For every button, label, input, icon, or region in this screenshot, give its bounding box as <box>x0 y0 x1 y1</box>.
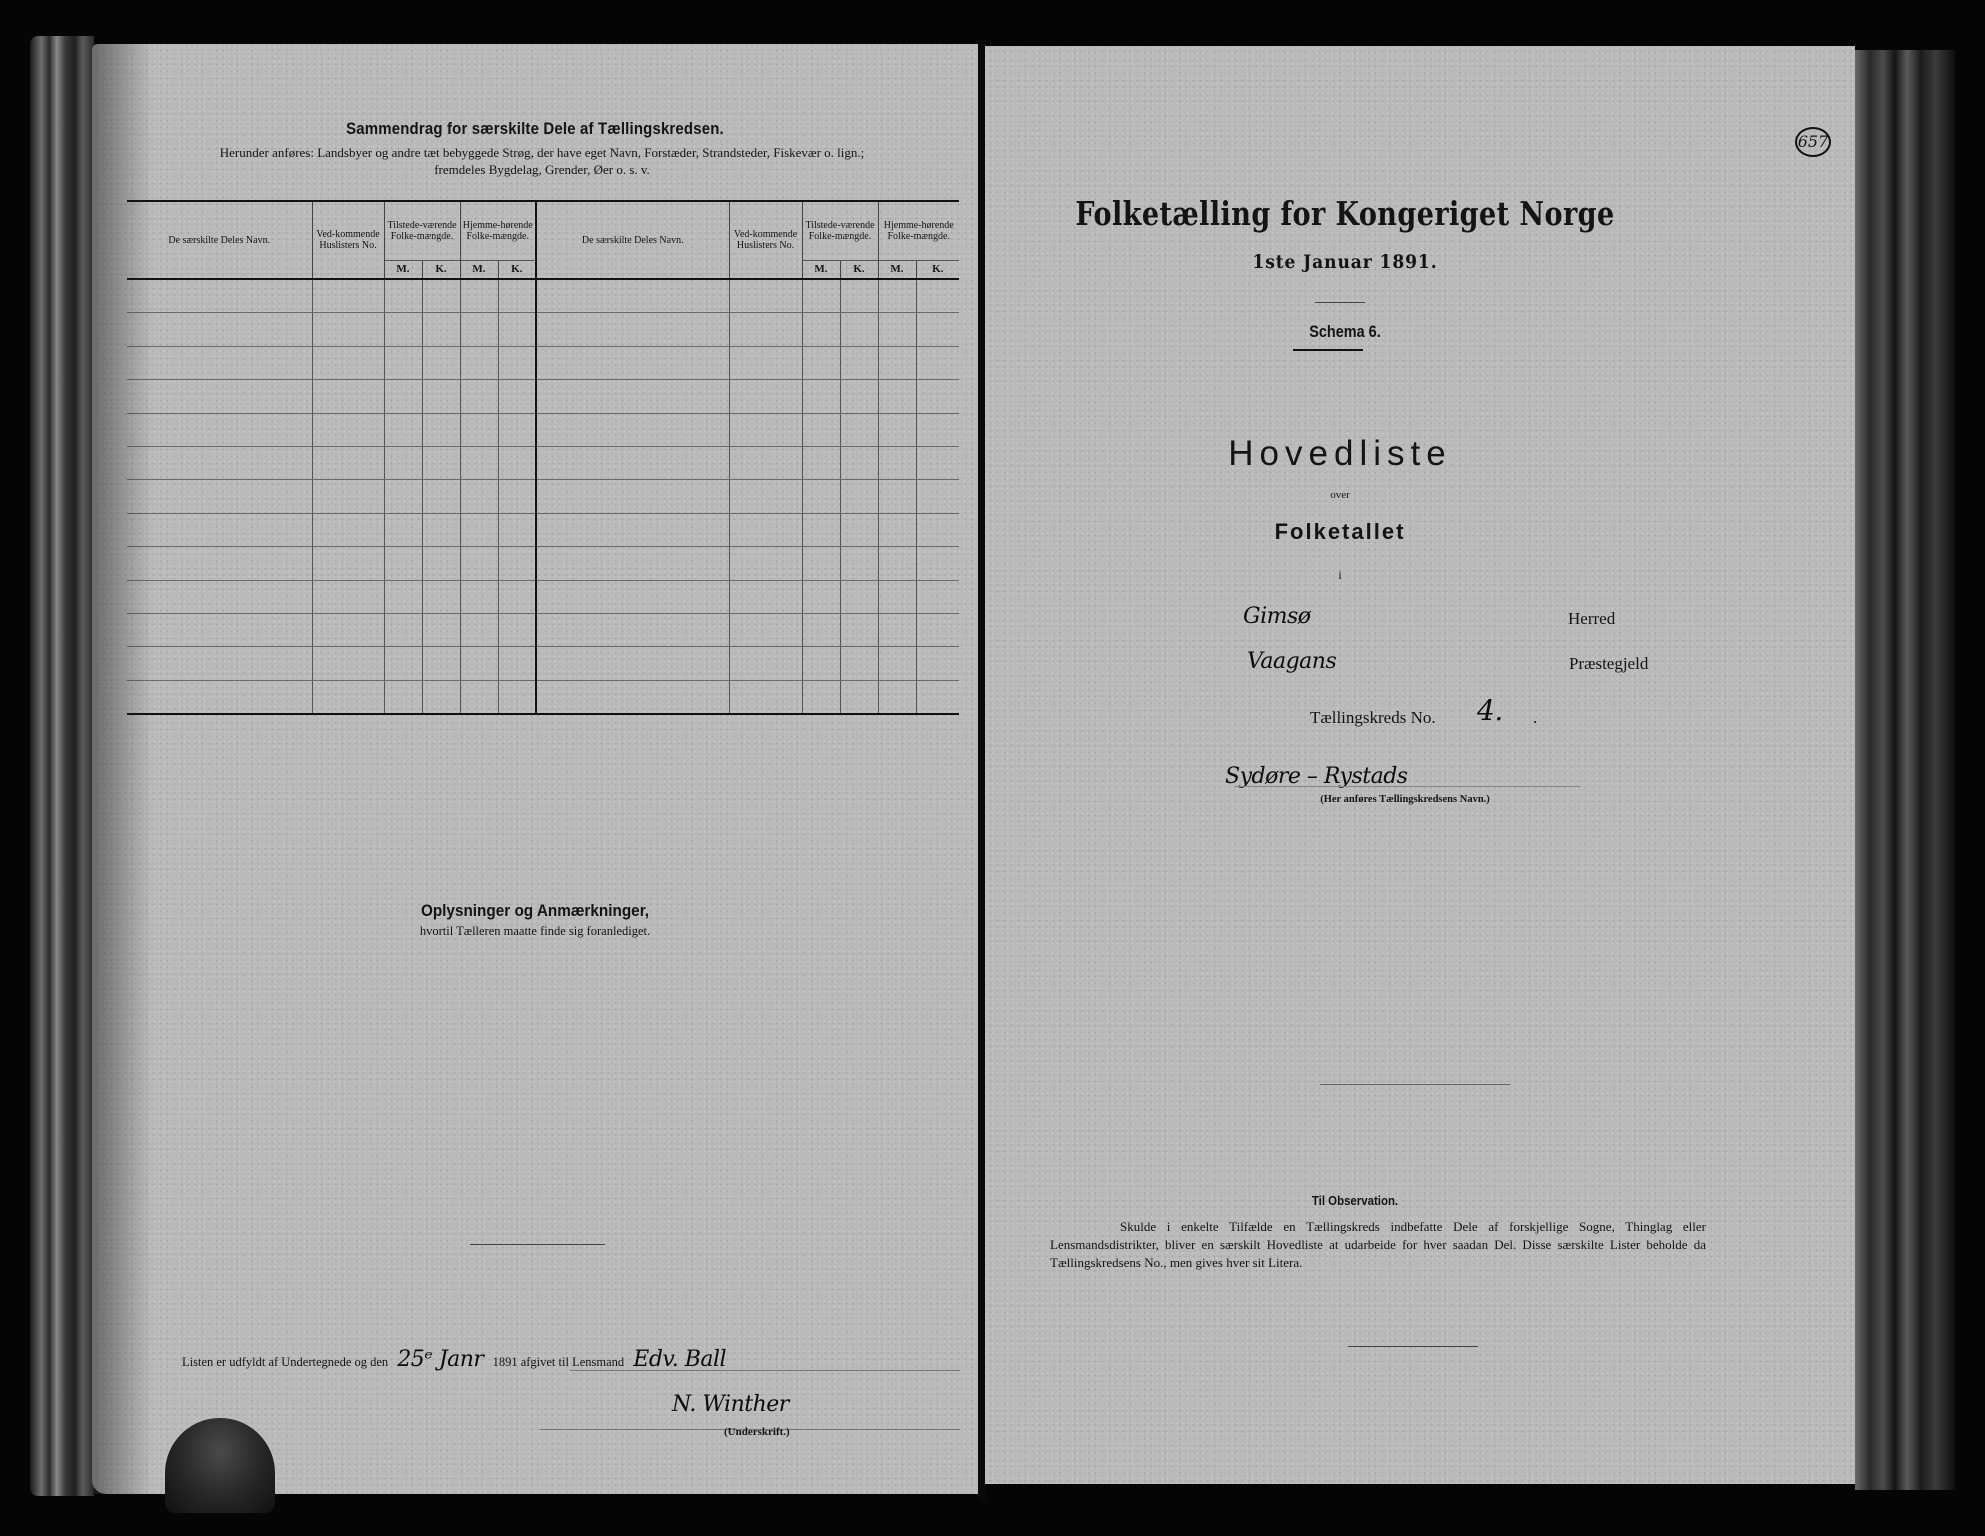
table-cell <box>729 547 802 580</box>
table-cell <box>536 513 729 546</box>
table-cell <box>878 647 916 680</box>
table-cell <box>384 480 422 513</box>
table-cell <box>460 313 498 346</box>
table-cell <box>384 313 422 346</box>
col-header-tilstede-2: Tilstede-værende Folke-mængde. <box>802 201 878 261</box>
table-cell <box>878 313 916 346</box>
table-cell <box>384 413 422 446</box>
table-cell <box>729 413 802 446</box>
table-cell <box>802 647 840 680</box>
table-cell <box>840 547 878 580</box>
table-cell <box>312 647 384 680</box>
book-edge-right <box>1855 50 1955 1490</box>
table-cell <box>536 279 729 313</box>
table-row <box>127 446 959 479</box>
table-cell <box>536 346 729 379</box>
table-cell <box>498 446 536 479</box>
summary-table-body <box>127 279 959 714</box>
table-cell <box>498 279 536 313</box>
table-cell <box>536 446 729 479</box>
table-row <box>127 513 959 546</box>
handwritten-date: 25ᵉ Janr <box>397 1347 483 1372</box>
subheader-m: M. <box>878 261 916 280</box>
table-cell <box>840 513 878 546</box>
table-row <box>127 480 959 513</box>
table-cell <box>536 680 729 714</box>
table-cell <box>916 547 959 580</box>
table-cell <box>384 380 422 413</box>
kreds-name-caption: (Her anføres Tællingskredsens Navn.) <box>1230 794 1580 805</box>
signature-label: (Underskrift.) <box>724 1426 790 1438</box>
kreds-name-rule <box>1235 786 1580 787</box>
page-shadow <box>92 44 152 1494</box>
table-cell <box>498 647 536 680</box>
table-cell <box>840 413 878 446</box>
table-cell <box>840 346 878 379</box>
observation-text: Skulde i enkelte Tilfælde en Tællingskre… <box>1050 1218 1706 1272</box>
table-cell <box>729 480 802 513</box>
table-cell <box>460 513 498 546</box>
table-cell <box>127 446 312 479</box>
table-cell <box>729 446 802 479</box>
signature-prefix: Listen er udfyldt af Undertegnede og den <box>182 1355 388 1369</box>
table-cell <box>916 513 959 546</box>
table-cell <box>878 413 916 446</box>
table-cell <box>312 480 384 513</box>
handwritten-signature: N. Winther <box>672 1392 789 1417</box>
table-cell <box>384 647 422 680</box>
table-cell <box>802 413 840 446</box>
table-cell <box>802 313 840 346</box>
table-cell <box>460 613 498 646</box>
table-cell <box>729 380 802 413</box>
table-cell <box>498 613 536 646</box>
table-cell <box>384 580 422 613</box>
table-cell <box>916 380 959 413</box>
table-cell <box>498 380 536 413</box>
table-cell <box>916 480 959 513</box>
table-cell <box>729 346 802 379</box>
handwritten-kreds-number: 4. <box>1477 694 1503 727</box>
table-cell <box>536 413 729 446</box>
handwritten-prestegjeld: Vaagans <box>1247 649 1336 674</box>
table-cell <box>384 680 422 714</box>
table-cell <box>916 580 959 613</box>
table-cell <box>878 580 916 613</box>
table-cell <box>916 647 959 680</box>
notes-subtitle: hvortil Tælleren maatte finde sig foranl… <box>92 924 978 939</box>
table-cell <box>802 613 840 646</box>
table-cell <box>878 480 916 513</box>
table-cell <box>878 346 916 379</box>
table-cell <box>312 446 384 479</box>
table-cell <box>729 513 802 546</box>
table-cell <box>802 380 840 413</box>
table-cell <box>312 279 384 313</box>
right-page: 657 Folketælling for Kongeriget Norge 1s… <box>985 46 1855 1484</box>
main-heading: Hovedliste <box>985 434 1695 474</box>
table-cell <box>878 380 916 413</box>
table-cell <box>460 480 498 513</box>
table-cell <box>498 547 536 580</box>
table-row <box>127 413 959 446</box>
table-cell <box>916 446 959 479</box>
table-cell <box>422 380 460 413</box>
table-cell <box>127 547 312 580</box>
table-row <box>127 313 959 346</box>
table-row <box>127 346 959 379</box>
table-cell <box>498 413 536 446</box>
table-row <box>127 580 959 613</box>
table-cell <box>802 580 840 613</box>
table-cell <box>460 680 498 714</box>
table-cell <box>729 580 802 613</box>
table-cell <box>840 680 878 714</box>
table-cell <box>878 513 916 546</box>
table-row <box>127 380 959 413</box>
subheader-k: K. <box>840 261 878 280</box>
col-header-name-2: De særskilte Deles Navn. <box>536 201 729 279</box>
table-cell <box>498 313 536 346</box>
table-cell <box>422 446 460 479</box>
signature-line: Listen er udfyldt af Undertegnede og den… <box>182 1347 732 1372</box>
left-page: Sammendrag for særskilte Dele af Tælling… <box>92 44 978 1494</box>
kreds-dot: . <box>1533 708 1537 728</box>
table-cell <box>127 680 312 714</box>
table-cell <box>802 480 840 513</box>
table-cell <box>498 513 536 546</box>
subheader-k: K. <box>498 261 536 280</box>
table-cell <box>422 413 460 446</box>
summary-subtitle-line1: Herunder anføres: Landsbyer og andre tæt… <box>112 144 972 161</box>
section-divider <box>1320 1084 1510 1085</box>
observation-body: Skulde i enkelte Tilfælde en Tællingskre… <box>1050 1219 1706 1270</box>
table-cell <box>536 580 729 613</box>
table-cell <box>127 613 312 646</box>
book-edge-left <box>30 36 94 1496</box>
col-header-huslister-2: Ved-kommende Huslisters No. <box>729 201 802 279</box>
census-date: 1ste Januar 1891. <box>1021 251 1669 273</box>
table-cell <box>384 346 422 379</box>
table-cell <box>729 279 802 313</box>
table-cell <box>422 313 460 346</box>
subheader-k: K. <box>422 261 460 280</box>
table-cell <box>536 480 729 513</box>
table-cell <box>312 380 384 413</box>
table-cell <box>460 380 498 413</box>
table-cell <box>312 547 384 580</box>
table-cell <box>127 513 312 546</box>
table-cell <box>878 547 916 580</box>
summary-table-wrap: De særskilte Deles Navn. Ved-kommende Hu… <box>127 200 959 715</box>
subheader-m: M. <box>802 261 840 280</box>
summary-subtitle-line2: fremdeles Bygdelag, Grender, Øer o. s. v… <box>112 161 972 178</box>
table-cell <box>878 446 916 479</box>
page-number-stamp: 657 <box>1795 127 1831 157</box>
kreds-label: Tællingskreds No. <box>1310 708 1436 728</box>
table-cell <box>536 380 729 413</box>
table-cell <box>916 613 959 646</box>
col-header-name-1: De særskilte Deles Navn. <box>127 201 312 279</box>
table-cell <box>840 580 878 613</box>
folketallet-label: Folketallet <box>985 519 1695 545</box>
table-cell <box>460 647 498 680</box>
table-cell <box>384 513 422 546</box>
table-cell <box>916 313 959 346</box>
table-cell <box>840 647 878 680</box>
schema-underline <box>1293 349 1363 351</box>
notes-title: Oplysninger og Anmærkninger, <box>136 901 933 921</box>
table-row <box>127 647 959 680</box>
table-cell <box>802 680 840 714</box>
handwritten-lensmand: Edv. Ball <box>633 1347 726 1372</box>
table-cell <box>422 346 460 379</box>
table-cell <box>422 680 460 714</box>
census-title: Folketælling for Kongeriget Norge <box>1050 194 1640 233</box>
table-cell <box>127 413 312 446</box>
table-cell <box>460 346 498 379</box>
table-cell <box>802 279 840 313</box>
table-cell <box>729 647 802 680</box>
table-cell <box>422 580 460 613</box>
table-cell <box>802 346 840 379</box>
table-cell <box>312 613 384 646</box>
table-cell <box>460 547 498 580</box>
table-cell <box>312 680 384 714</box>
col-header-hjemme-2: Hjemme-hørende Folke-mængde. <box>878 201 959 261</box>
table-cell <box>498 580 536 613</box>
signature-year-text: 1891 afgivet til Lensmand <box>493 1355 625 1369</box>
table-cell <box>878 279 916 313</box>
table-cell <box>422 279 460 313</box>
table-cell <box>460 580 498 613</box>
table-cell <box>127 313 312 346</box>
table-cell <box>840 613 878 646</box>
observation-title: Til Observation. <box>1029 1193 1680 1208</box>
table-cell <box>536 313 729 346</box>
table-cell <box>384 279 422 313</box>
table-cell <box>536 547 729 580</box>
table-cell <box>127 380 312 413</box>
table-cell <box>127 580 312 613</box>
handwritten-herred: Gimsø <box>1243 604 1311 629</box>
over-label: over <box>985 489 1695 501</box>
herred-label: Herred <box>1568 609 1615 629</box>
table-cell <box>840 380 878 413</box>
table-cell <box>498 480 536 513</box>
table-cell <box>422 613 460 646</box>
prestegjeld-label: Præstegjeld <box>1569 654 1648 674</box>
table-cell <box>802 513 840 546</box>
table-cell <box>840 313 878 346</box>
subheader-m: M. <box>460 261 498 280</box>
table-cell <box>729 613 802 646</box>
table-cell <box>422 647 460 680</box>
table-cell <box>127 279 312 313</box>
table-row <box>127 680 959 714</box>
table-cell <box>840 446 878 479</box>
col-header-huslister-1: Ved-kommende Huslisters No. <box>312 201 384 279</box>
table-cell <box>729 313 802 346</box>
table-cell <box>422 480 460 513</box>
table-cell <box>802 446 840 479</box>
table-cell <box>384 446 422 479</box>
table-cell <box>840 480 878 513</box>
table-cell <box>384 547 422 580</box>
table-cell <box>916 279 959 313</box>
table-cell <box>312 346 384 379</box>
summary-subtitle: Herunder anføres: Landsbyer og andre tæt… <box>112 144 972 178</box>
title-divider <box>1315 302 1365 303</box>
table-cell <box>878 613 916 646</box>
table-cell <box>384 613 422 646</box>
table-cell <box>460 446 498 479</box>
table-cell <box>127 346 312 379</box>
table-cell <box>312 313 384 346</box>
table-cell <box>536 613 729 646</box>
table-cell <box>422 513 460 546</box>
col-header-hjemme-1: Hjemme-hørende Folke-mængde. <box>460 201 536 261</box>
table-row <box>127 613 959 646</box>
table-cell <box>536 647 729 680</box>
table-cell <box>916 413 959 446</box>
table-cell <box>460 413 498 446</box>
table-cell <box>312 413 384 446</box>
table-cell <box>916 346 959 379</box>
subheader-m: M. <box>384 261 422 280</box>
table-cell <box>498 346 536 379</box>
summary-table: De særskilte Deles Navn. Ved-kommende Hu… <box>127 200 959 715</box>
table-cell <box>312 513 384 546</box>
table-cell <box>498 680 536 714</box>
table-cell <box>729 680 802 714</box>
table-row <box>127 279 959 313</box>
table-cell <box>840 279 878 313</box>
table-cell <box>916 680 959 714</box>
table-cell <box>802 547 840 580</box>
table-cell <box>422 547 460 580</box>
table-cell <box>127 480 312 513</box>
signature-rule <box>570 1370 960 1371</box>
table-row <box>127 547 959 580</box>
i-label: i <box>985 568 1695 583</box>
schema-label: Schema 6. <box>1039 322 1651 342</box>
subheader-k: K. <box>916 261 959 280</box>
col-header-tilstede-1: Tilstede-værende Folke-mængde. <box>384 201 460 261</box>
table-cell <box>127 647 312 680</box>
table-cell <box>878 680 916 714</box>
table-cell <box>460 279 498 313</box>
bottom-divider <box>1348 1346 1478 1347</box>
divider-rule <box>470 1244 605 1245</box>
table-cell <box>312 580 384 613</box>
summary-title: Sammendrag for særskilte Dele af Tælling… <box>145 119 925 139</box>
